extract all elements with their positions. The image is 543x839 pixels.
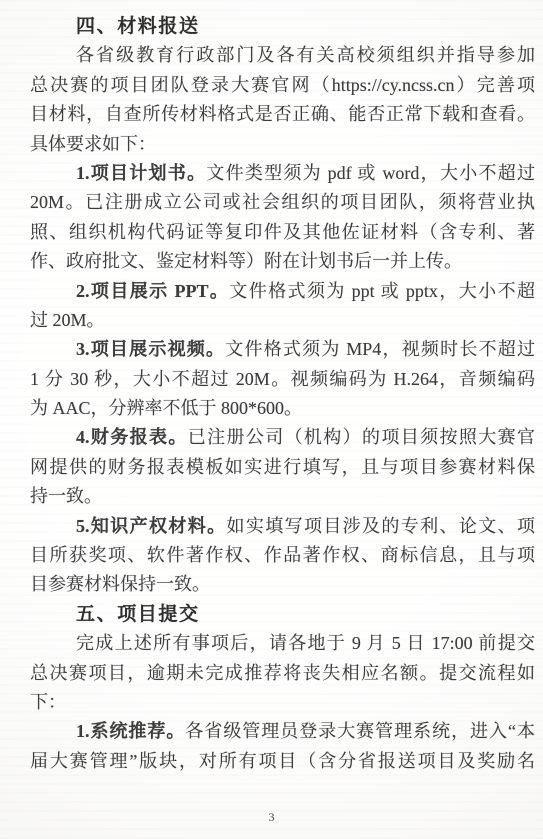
bold-text-run: 4.财务报表。 xyxy=(76,427,188,447)
document-lines: 四、材料报送各省级教育行政部门及各有关高校须组织并指导参加总决赛的项目团队登录大… xyxy=(30,12,535,776)
text-run: 过 20M。 xyxy=(30,310,105,330)
text-run: 各省级教育行政部门及各有关高校须组织并指导参加 xyxy=(76,45,535,65)
text-run: 如实填写项目涉及的专利、论文、项 xyxy=(226,516,535,536)
text-run: 1 分 30 秒，大小不超过 20M。视频编码为 H.264，音频编码 xyxy=(30,369,535,389)
text-line: 届大赛管理”版块，对所有项目（含分省报送项目及奖励名 xyxy=(30,747,535,776)
section-heading: 四、材料报送 xyxy=(30,12,535,41)
document-page: 四、材料报送各省级教育行政部门及各有关高校须组织并指导参加总决赛的项目团队登录大… xyxy=(0,0,543,839)
text-run: 已注册公司（机构）的项目须按照大赛官 xyxy=(188,427,535,447)
bold-text-run: 五、项目提交 xyxy=(76,604,200,625)
bold-text-run: 1.项目计划书。 xyxy=(76,163,206,183)
bold-text-run: 四、材料报送 xyxy=(76,16,200,37)
text-run: 下： xyxy=(30,692,66,712)
text-line: 1 分 30 秒，大小不超过 20M。视频编码为 H.264，音频编码 xyxy=(30,365,535,394)
text-line: 目参赛材料保持一致。 xyxy=(30,570,535,599)
bold-text-run: 5.知识产权材料。 xyxy=(76,516,226,536)
text-line: 作、政府批文、鉴定材料等）附在计划书后一并上传。 xyxy=(30,247,535,276)
text-line: 1.项目计划书。文件类型须为 pdf 或 word，大小不超过 xyxy=(30,159,535,188)
text-line: 下： xyxy=(30,688,535,717)
text-line: 照、组织机构代码证等复印件及其他佐证材料（含专利、著 xyxy=(30,218,535,247)
page-number: 3 xyxy=(0,810,543,825)
text-line: 目所获奖项、软件著作权、作品著作权、商标信息，且与项 xyxy=(30,541,535,570)
text-run: 目参赛材料保持一致。 xyxy=(30,574,210,594)
text-run: 具体要求如下： xyxy=(30,134,156,154)
text-line: 完成上述所有事项后，请各地于 9 月 5 日 17:00 前提交 xyxy=(30,629,535,658)
text-run: 持一致。 xyxy=(30,486,102,506)
text-line: 总决赛项目，逾期未完成推荐将丧失相应名额。提交流程如 xyxy=(30,659,535,688)
text-line: 网提供的财务报表模板如实进行填写，且与项目参赛材料保 xyxy=(30,453,535,482)
text-run: 为 AAC，分辨率不低于 800*600。 xyxy=(30,398,302,418)
text-line: 总决赛的项目团队登录大赛官网（https://cy.ncss.cn）完善项 xyxy=(30,71,535,100)
text-line: 4.财务报表。已注册公司（机构）的项目须按照大赛官 xyxy=(30,423,535,452)
text-run: 文件格式须为 MP4，视频时长不超过 xyxy=(225,339,535,359)
text-run: 总决赛的项目团队登录大赛官网（https://cy.ncss.cn）完善项 xyxy=(30,75,535,95)
text-line: 各省级教育行政部门及各有关高校须组织并指导参加 xyxy=(30,41,535,70)
text-run: 目材料，自查所传材料格式是否正确、能否正常下载和查看。 xyxy=(30,104,535,124)
section-heading: 五、项目提交 xyxy=(30,600,535,629)
text-run: 总决赛项目，逾期未完成推荐将丧失相应名额。提交流程如 xyxy=(30,663,535,683)
text-run: 作、政府批文、鉴定材料等）附在计划书后一并上传。 xyxy=(30,251,462,271)
text-run: 届大赛管理”版块，对所有项目（含分省报送项目及奖励名 xyxy=(30,751,535,771)
text-run: 文件格式须为 ppt 或 pptx，大小不超 xyxy=(229,281,535,301)
text-run: 目所获奖项、软件著作权、作品著作权、商标信息，且与项 xyxy=(30,545,535,565)
text-line: 具体要求如下： xyxy=(30,130,535,159)
text-line: 3.项目展示视频。文件格式须为 MP4，视频时长不超过 xyxy=(30,335,535,364)
text-run: 文件类型须为 pdf 或 word，大小不超过 xyxy=(206,163,535,183)
text-line: 1.系统推荐。各省级管理员登录大赛管理系统，进入“本 xyxy=(30,717,535,746)
text-run: 网提供的财务报表模板如实进行填写，且与项目参赛材料保 xyxy=(30,457,535,477)
text-line: 过 20M。 xyxy=(30,306,535,335)
text-run: 20M。已注册成立公司或社会组织的项目团队，须将营业执 xyxy=(30,192,535,212)
text-line: 为 AAC，分辨率不低于 800*600。 xyxy=(30,394,535,423)
text-run: 各省级管理员登录大赛管理系统，进入“本 xyxy=(185,721,535,741)
text-line: 20M。已注册成立公司或社会组织的项目团队，须将营业执 xyxy=(30,188,535,217)
bold-text-run: 1.系统推荐。 xyxy=(76,721,185,741)
text-run: 照、组织机构代码证等复印件及其他佐证材料（含专利、著 xyxy=(30,222,535,242)
text-line: 5.知识产权材料。如实填写项目涉及的专利、论文、项 xyxy=(30,512,535,541)
text-line: 2.项目展示 PPT。文件格式须为 ppt 或 pptx，大小不超 xyxy=(30,277,535,306)
bold-text-run: 2.项目展示 PPT。 xyxy=(76,281,229,301)
bold-text-run: 3.项目展示视频。 xyxy=(76,339,225,359)
text-run: 完成上述所有事项后，请各地于 9 月 5 日 17:00 前提交 xyxy=(76,633,535,653)
text-line: 持一致。 xyxy=(30,482,535,511)
text-line: 目材料，自查所传材料格式是否正确、能否正常下载和查看。 xyxy=(30,100,535,129)
